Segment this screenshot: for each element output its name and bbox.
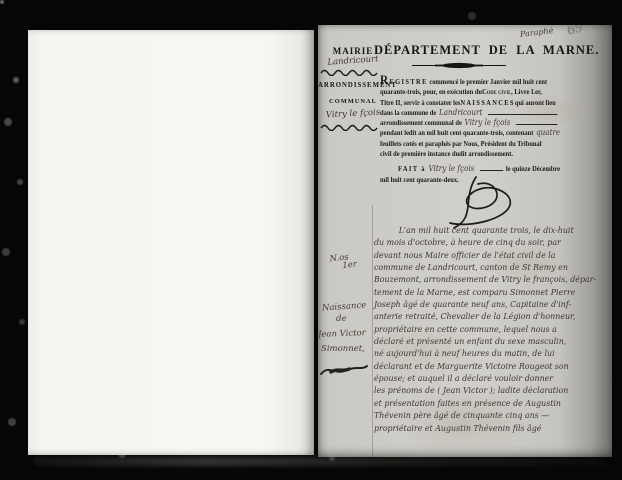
- wavy-divider-rule: [320, 123, 378, 131]
- wavy-divider-rule: [320, 68, 378, 76]
- president-signature-flourish: [444, 171, 524, 231]
- arrondissement-fill-handwritten: Vitry le fçois: [462, 118, 513, 128]
- registre-line-6: pendant ledit an mil huit cent quarante-…: [380, 128, 560, 138]
- swelled-rule-ornament: [412, 62, 506, 69]
- scanned-register-image: Paraphé 69 MAIRIE Landricourt ARRONDISSE…: [0, 0, 622, 480]
- registre-line-2-text: quarante-trois, pour, en exécution du: [380, 87, 482, 97]
- registre-line-4: dans la commune de Landricourt: [380, 108, 560, 118]
- manuscript-line: et présentation faites en présence de Au…: [374, 397, 591, 409]
- registre-line-4-text: dans la commune de: [380, 108, 436, 118]
- blank-fill-rule: [516, 124, 557, 125]
- arrondissement-handwritten: Vitry le fçois: [318, 107, 388, 121]
- manuscript-line: commune de Landricourt, canton de St Rem…: [374, 261, 591, 273]
- manuscript-line: propriétaire et Augustin Thévenin fils â…: [374, 422, 591, 434]
- register-right-page: Paraphé 69 MAIRIE Landricourt ARRONDISSE…: [318, 25, 612, 457]
- manuscript-line: Joseph âgé de quarante neuf ans, Capitai…: [374, 298, 591, 310]
- manuscript-line: déclarant et de Marguerite Victoire Roug…: [374, 360, 591, 372]
- fait-label: FAIT à: [398, 164, 426, 174]
- registre-line-3: Titre II, servir à constater les NAISSAN…: [380, 98, 560, 108]
- commune-fill-handwritten: Landricourt: [436, 108, 485, 118]
- page-title: DÉPARTEMENT DE LA MARNE.: [374, 43, 586, 58]
- margin-note-surname: Simonnet,: [321, 344, 365, 354]
- registre-line-3-end: qui auront lieu: [515, 98, 556, 108]
- act-number-note: N.os 1er: [329, 252, 357, 273]
- book-bottom-edge-shadow: [34, 457, 606, 466]
- manuscript-line: les prénoms de ( Jean Victor ); ladite d…: [374, 384, 591, 396]
- manuscript-line: devant nous Maire officier de l'état civ…: [374, 249, 591, 261]
- registre-line-2: quarante-trois, pour, en exécution du Co…: [380, 87, 560, 97]
- manuscript-line: né aujourd'hui à neuf heures du matin, d…: [374, 347, 591, 359]
- scan-noise-specks: [0, 0, 4, 4]
- registre-line-5: arrondissement communal de Vitry le fçoi…: [380, 118, 560, 128]
- registre-line-2-end: , Livre I.er,: [511, 87, 542, 97]
- blank-fill-rule: [488, 114, 558, 115]
- registre-line-8: civil de première instance dudit arrondi…: [380, 149, 560, 159]
- manuscript-act-body: L'an mil huit cent quarante trois, le di…: [374, 224, 602, 434]
- arrondissement-label: ARRONDISSEMENT: [318, 82, 388, 89]
- manuscript-line: du mois d'octobre, à heure de cinq du so…: [374, 236, 591, 248]
- manuscript-line: épouse; et auquel il a déclaré vouloir d…: [374, 372, 591, 384]
- naissances-caps: NAISSANCES: [460, 98, 514, 108]
- top-right-handwritten-annotation: Paraphé: [520, 26, 554, 39]
- registre-line-8-text: civil de première instance dudit arrondi…: [380, 149, 513, 159]
- margin-note-de: de: [336, 314, 346, 324]
- registre-line-7-text: feuillets cotés et paraphés par Nous, Pr…: [380, 139, 542, 149]
- registre-line-1: R EGISTRE commencé le premier Janvier mi…: [380, 75, 560, 87]
- registre-line-7: feuillets cotés et paraphés par Nous, Pr…: [380, 139, 560, 149]
- margin-note-naissance: Naissance: [322, 300, 367, 313]
- manuscript-line: déclaré et présenté un enfant du sexe ma…: [374, 335, 591, 347]
- feuillets-count-handwritten: quatre: [533, 128, 563, 138]
- communal-label: COMMUNAL: [318, 98, 388, 105]
- manuscript-line: propriétaire en cette commune, lequel no…: [374, 323, 591, 335]
- margin-note-name: Jean Victor: [318, 328, 366, 340]
- manuscript-line: anterie retraité, Chevalier de la Légion…: [374, 310, 591, 322]
- registre-word: EGISTRE: [389, 77, 427, 87]
- manuscript-line: Bouzemont, arrondissement de Vitry le fr…: [374, 273, 591, 285]
- manuscript-line: Thévenin père âgé de cinquante cinq ans …: [374, 409, 591, 421]
- margin-flourish: [318, 362, 370, 378]
- top-right-paraph-mark: 69: [565, 25, 585, 40]
- registre-line-3-text: Titre II, servir à constater les: [380, 98, 460, 108]
- code-civil-smallcaps: Code civil: [482, 87, 511, 97]
- registre-line-1-text: commencé le premier Janvier mil huit cen…: [429, 77, 547, 87]
- manuscript-line: tement de la Marne, est comparu Simonnet…: [374, 286, 591, 298]
- margin-rule-line: [372, 205, 373, 457]
- blank-left-page: [28, 30, 314, 455]
- registre-line-6-text: pendant ledit an mil huit cent quarante-…: [380, 128, 533, 138]
- registre-paragraph: R EGISTRE commencé le premier Janvier mi…: [380, 75, 580, 185]
- registre-line-5-text: arrondissement communal de: [380, 118, 462, 128]
- drop-cap-r: R: [380, 75, 389, 85]
- manuscript-line: L'an mil huit cent quarante trois, le di…: [374, 224, 591, 236]
